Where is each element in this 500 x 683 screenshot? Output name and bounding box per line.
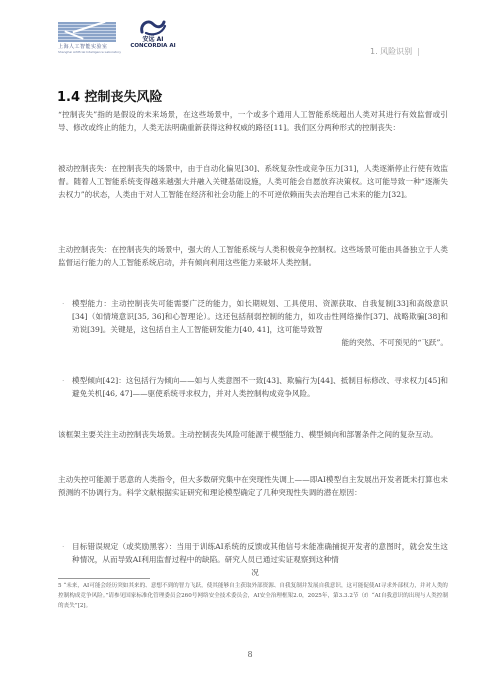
concordia-ai-logo: 安远 AI CONCORDIA AI <box>128 18 178 58</box>
footnote-text: “未来，AI可能会经历突如其来的、意想不到的智力飞跃，使其能够自主获取外部资源、… <box>58 583 448 609</box>
bullet-text: 模型能力：主动控制丧失可能需要广泛的能力，如长期规划、工具使用、资源获取、自我复… <box>72 297 448 336</box>
bullet-tail: 能的突然、不可预见的“飞跃”。 <box>62 336 448 349</box>
logo-en-text: Shanghai Artificial Intelligence Laborat… <box>58 50 121 54</box>
document-page: 上海人工智能实验室 Shanghai Artificial Intelligen… <box>0 0 500 683</box>
shanghai-ai-lab-logo: 上海人工智能实验室 Shanghai Artificial Intelligen… <box>58 22 116 56</box>
divider <box>418 48 419 56</box>
logo-cn-text: 上海人工智能实验室 <box>58 43 108 50</box>
logo-cn-text: 安远 AI <box>128 36 178 43</box>
bullet-dot: · <box>62 297 64 310</box>
bullet-model-capability: · 模型能力：主动控制丧失可能需要广泛的能力，如长期规划、工具使用、资源获取、自… <box>62 297 448 349</box>
bullet-dot: · <box>62 540 64 553</box>
bullet-text: 目标错误规定（或奖励黑客）：当用于训练AI系统的反馈或其他信号未能准确捕捉开发者… <box>72 540 448 566</box>
framework-paragraph: 该框架主要关注主动控制丧失场景。主动控制丧失风险可能源于模型能力、模型倾向和部署… <box>58 428 448 441</box>
footnote-number: 5 <box>58 583 62 589</box>
footnote: 5 “未来，AI可能会经历突如其来的、意想不到的智力飞跃，使其能够自主获取外部资… <box>58 581 450 611</box>
bullet-model-propensity: · 模型倾向[42]：这包括行为倾向——如与人类意图不一致[43]、欺骗行为[4… <box>62 374 448 400</box>
section-title: 1.4 控制丧失风险 <box>57 86 163 105</box>
footnote-divider <box>58 578 150 579</box>
page-header: 上海人工智能实验室 Shanghai Artificial Intelligen… <box>0 0 500 70</box>
active-loss-paragraph: 主动控制丧失：在控制丧失的场景中，强大的人工智能系统与人类积极竞争控制权。这些场… <box>58 243 448 269</box>
chapter-label: 1. 风险识别 <box>370 47 412 56</box>
concordia-wave-icon <box>138 18 168 36</box>
bullet-goal-misspecification: · 目标错误规定（或奖励黑客）：当用于训练AI系统的反馈或其他信号未能准确捕捉开… <box>62 540 448 566</box>
logo-en-text: CONCORDIA AI <box>128 43 178 50</box>
running-head: 1. 风险识别 <box>370 46 419 57</box>
passive-loss-paragraph: 被动控制丧失：在控制丧失的场景中，由于自动化偏见[30]、系统复杂性或竞争压力[… <box>58 162 448 201</box>
intro-paragraph: “控制丧失”指的是假设的未来场景，在这些场景中，一个或多个通用人工智能系统超出人… <box>58 108 448 134</box>
bullet-text: 模型倾向[42]：这包括行为倾向——如与人类意图不一致[43]、欺骗行为[44]… <box>72 374 448 400</box>
emergent-paragraph: 主动失控可能源于恶意的人类指令，但大多数研究集中在突现性失调上——即AI模型自主… <box>58 473 448 499</box>
bullet-dot: · <box>62 374 64 387</box>
page-number: 8 <box>0 650 500 659</box>
